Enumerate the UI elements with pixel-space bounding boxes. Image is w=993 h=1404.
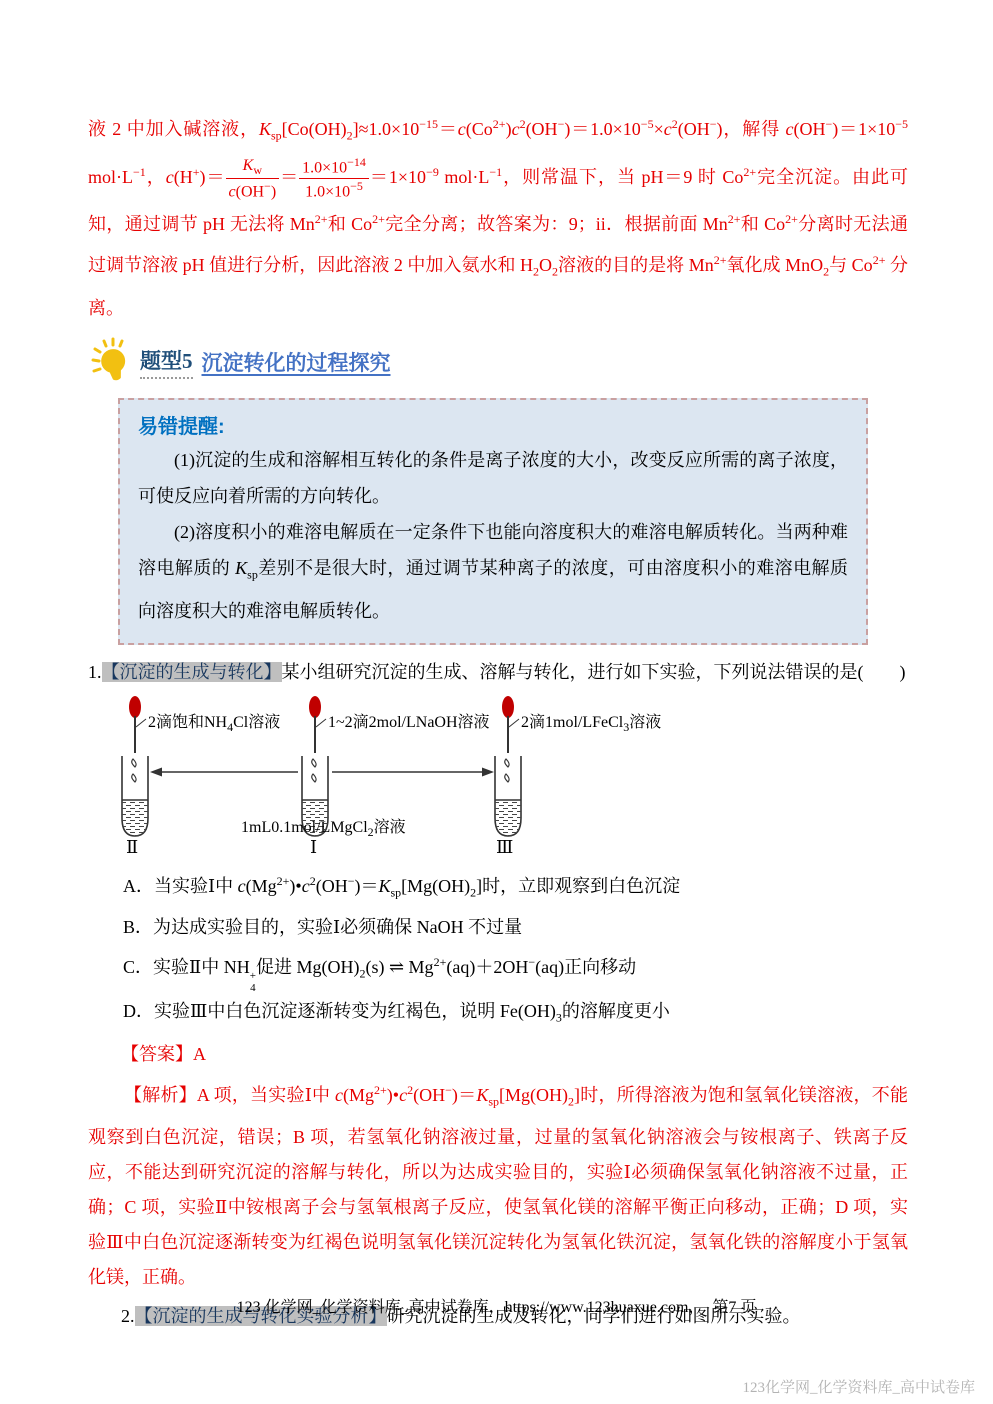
answer-line: 【答案】A — [88, 1036, 908, 1073]
tube-number-right: Ⅲ — [496, 837, 513, 858]
question-1-stem: 某小组研究沉淀的生成、溶解与转化，进行如下实验，下列说法错误的是( ) — [282, 662, 906, 682]
solution-paragraph: 液 2 中加入碱溶液，Ksp[Co(OH)2]≈1.0×10−15＝c(Co2+… — [88, 106, 908, 326]
option-b-text: 为达成实验目的，实验Ⅰ必须确保 NaOH 不过量 — [153, 917, 522, 937]
dropper-label-middle: 1~2滴2mol/LNaOH溶液 — [328, 709, 490, 732]
dropper-right — [502, 696, 519, 753]
dropper-left — [129, 696, 146, 753]
page-footer[interactable]: 123 化学网_化学资料库_高中试卷库，https://www.123huaxu… — [0, 1294, 993, 1317]
option-b[interactable]: B．为达成实验目的，实验Ⅰ必须确保 NaOH 不过量 — [88, 910, 908, 945]
test-tube-right — [495, 756, 521, 836]
option-c-label: C． — [123, 957, 153, 977]
arrow-right-icon — [332, 767, 494, 776]
document-page: 液 2 中加入碱溶液，Ksp[Co(OH)2]≈1.0×10−15＝c(Co2+… — [0, 0, 993, 1404]
question-1-number: 1. — [88, 662, 102, 682]
tube-caption: 1mL0.1mol/LMgCl2溶液 — [241, 814, 406, 840]
experiment-diagram: 2滴饱和NH4Cl溶液 1~2滴2mol/LNaOH溶液 2滴1mol/LFeC… — [88, 696, 788, 864]
test-tube-left — [122, 756, 148, 836]
lightbulb-icon — [88, 337, 136, 387]
answer-label: 【答案】 — [121, 1044, 193, 1064]
option-a[interactable]: A．当实验Ⅰ中 c(Mg2+)•c2(OH−)＝Ksp[Mg(OH)2]时，立即… — [88, 864, 908, 911]
option-c[interactable]: C．实验Ⅱ中 NH+4促进 Mg(OH)2(s) ⇌ Mg2+(aq)＋2OH−… — [88, 945, 908, 994]
tube-number-left: Ⅱ — [126, 837, 138, 858]
tip-box-title: 易错提醒: — [138, 412, 848, 442]
option-a-label: A． — [123, 876, 154, 896]
dropper-label-left: 2滴饱和NH4Cl溶液 — [148, 709, 280, 735]
section-badge: 题型5 — [140, 345, 193, 379]
tip-box: 易错提醒: (1)沉淀的生成和溶解相互转化的条件是离子浓度的大小，改变反应所需的… — [118, 398, 868, 645]
section-title[interactable]: 沉淀转化的过程探究 — [202, 347, 391, 377]
option-d[interactable]: D．实验Ⅲ中白色沉淀逐渐转变为红褐色，说明 Fe(OH)3的溶解度更小 — [88, 994, 908, 1036]
option-d-text: 实验Ⅲ中白色沉淀逐渐转变为红褐色，说明 Fe(OH)3的溶解度更小 — [154, 1001, 670, 1021]
dropper-middle — [309, 696, 326, 753]
option-d-label: D． — [123, 1001, 154, 1021]
analysis-paragraph: 【解析】A 项，当实验Ⅰ中 c(Mg2+)•c2(OH−)＝Ksp[Mg(OH)… — [88, 1073, 908, 1295]
option-c-text: 实验Ⅱ中 NH+4促进 Mg(OH)2(s) ⇌ Mg2+(aq)＋2OH−(a… — [153, 957, 636, 977]
watermark: 123化学网_化学资料库_高中试卷库 — [742, 1376, 975, 1397]
question-1: 1.【沉淀的生成与转化】某小组研究沉淀的生成、溶解与转化，进行如下实验，下列说法… — [88, 655, 908, 690]
page-content: 液 2 中加入碱溶液，Ksp[Co(OH)2]≈1.0×10−15＝c(Co2+… — [88, 106, 908, 1334]
tip-item-2: (2)溶度积小的难溶电解质在一定条件下也能向溶度积大的难溶电解质转化。当两种难溶… — [138, 514, 848, 629]
dropper-label-right: 2滴1mol/LFeCl3溶液 — [521, 709, 661, 735]
option-b-label: B． — [123, 917, 153, 937]
arrow-left-icon — [150, 767, 298, 776]
question-1-tag: 【沉淀的生成与转化】 — [102, 662, 282, 682]
tube-number-middle: Ⅰ — [310, 837, 317, 858]
section-heading: 题型5 沉淀转化的过程探究 — [88, 336, 908, 388]
answer-value: A — [193, 1044, 206, 1064]
option-a-text: 当实验Ⅰ中 c(Mg2+)•c2(OH−)＝Ksp[Mg(OH)2]时，立即观察… — [154, 876, 680, 896]
tip-item-1: (1)沉淀的生成和溶解相互转化的条件是离子浓度的大小，改变反应所需的离子浓度，可… — [138, 442, 848, 514]
